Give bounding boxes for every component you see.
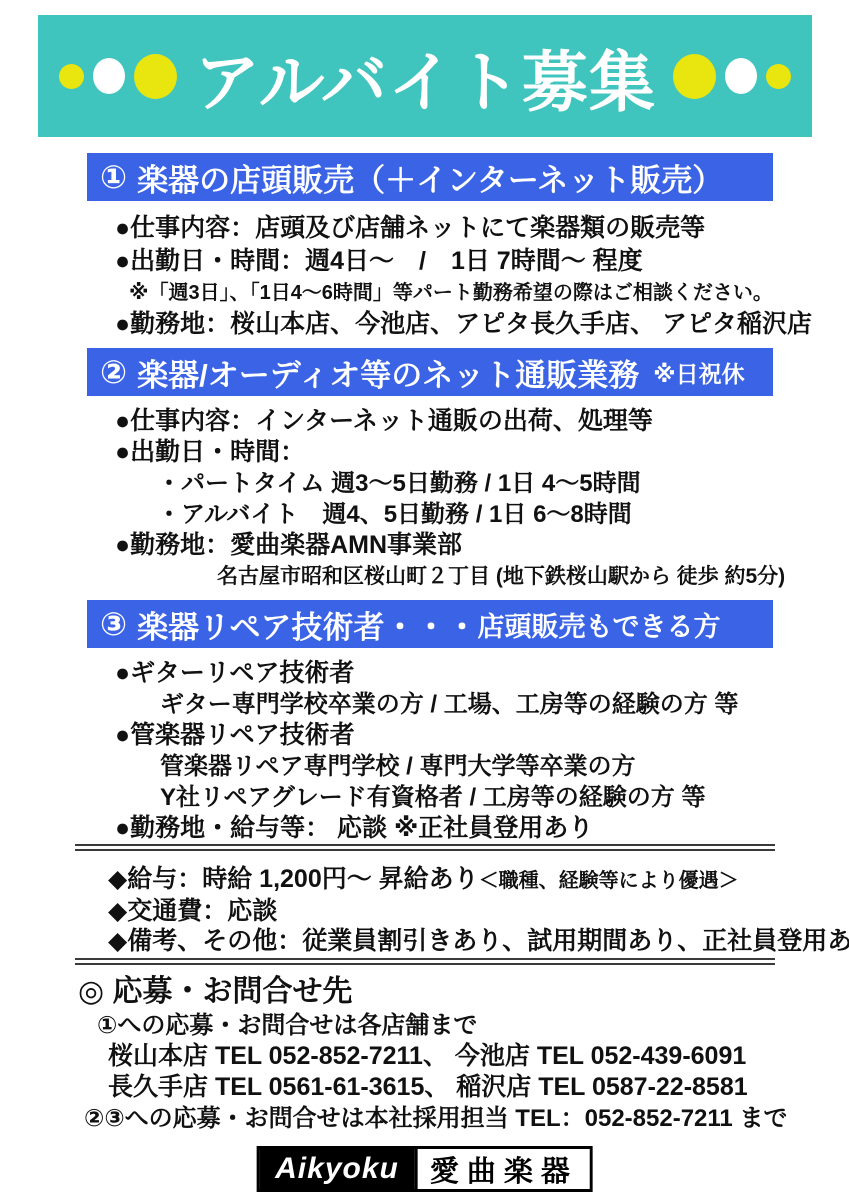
s3-guitar-repair-line: ●ギターリペア技術者 (115, 658, 775, 689)
contact-phone-line-1: 桜山本店 TEL 052-852-7211、 今池店 TEL 052-439-6… (78, 1041, 818, 1072)
section-1-title: 楽器の店頭販売（＋インターネット販売） (137, 155, 723, 200)
logo-kanji-text: 愛曲楽器 (415, 1149, 590, 1189)
s2-work-location-line: ●勤務地：愛曲楽器AMN事業部 (115, 530, 775, 561)
page-title: アルバイト募集 (194, 29, 656, 124)
s2-address-line: 名古屋市昭和区桜山町２丁目 (地下鉄桜山駅から 徒歩 約5分) (115, 561, 775, 592)
section-2-header: ② 楽器/オーディオ等のネット通販業務 ※日祝休 (87, 348, 773, 396)
transport-line: ◆交通費：応談 (108, 896, 788, 926)
section-3-body: ●ギターリペア技術者 ギター専門学校卒業の方 / 工場、工房等の経験の方 等 ●… (115, 658, 775, 844)
section-3-title: 楽器リペア技術者・・・ (137, 602, 477, 647)
contact-heading: ◎ 応募・お問合せ先 (78, 974, 818, 1010)
s2-arbeit-schedule-line: ・アルバイト 週4、5日勤務 / 1日 6～8時間 (115, 499, 775, 530)
section-3-number: ③ (100, 605, 127, 643)
banner-dot-left-small-icon (59, 64, 84, 89)
recruitment-flyer: アルバイト募集 ① 楽器の店頭販売（＋インターネット販売） ●仕事内容：店頭及び… (0, 0, 849, 1200)
banner-dot-left-mid-icon (93, 58, 125, 94)
section-3-suffix: 店頭販売もできる方 (477, 605, 720, 644)
section-1-body: ●仕事内容：店頭及び店舗ネットにて楽器類の販売等 ●出勤日・時間：週4日～ / … (115, 212, 775, 341)
section-2-number: ② (100, 353, 127, 391)
banner-dot-right-mid-icon (725, 58, 757, 94)
section-1-number: ① (100, 158, 127, 196)
contact-store-note-line: ①への応募・お問合せは各店舗まで (78, 1010, 818, 1041)
section-2-body: ●仕事内容：インターネット通販の出荷、処理等 ●出勤日・時間： ・パートタイム … (115, 406, 775, 592)
banner-dot-right-large-icon (673, 54, 716, 99)
logo-latin-text: Aikyoku (259, 1149, 415, 1189)
s2-job-content-line: ●仕事内容：インターネット通販の出荷、処理等 (115, 406, 775, 437)
s2-work-days-label-line: ●出勤日・時間： (115, 437, 775, 468)
divider-rule-top (75, 844, 775, 851)
contact-block: ◎ 応募・お問合せ先 ①への応募・お問合せは各店舗まで 桜山本店 TEL 052… (78, 974, 818, 1134)
s3-location-salary-line: ●勤務地・給与等： 応談 ※正社員登用あり (115, 813, 775, 844)
section-3-header: ③ 楽器リペア技術者・・・ 店頭販売もできる方 (87, 600, 773, 648)
s3-wind-qualification-line: 管楽器リペア専門学校 / 専門大学等卒業の方 (115, 751, 775, 782)
s2-parttime-schedule-line: ・パートタイム 週3～5日勤務 / 1日 4～5時間 (115, 468, 775, 499)
title-banner: アルバイト募集 (38, 15, 812, 137)
salary-line: ◆給与：時給 1,200円～ 昇給あり＜職種、経験等により優遇＞ (108, 864, 788, 896)
section-1-header: ① 楽器の店頭販売（＋インターネット販売） (87, 153, 773, 201)
s3-guitar-qualification-line: ギター専門学校卒業の方 / 工場、工房等の経験の方 等 (115, 689, 775, 720)
section-2-holiday-note: ※日祝休 (653, 356, 744, 389)
aikyoku-logo: Aikyoku 愛曲楽器 (256, 1146, 593, 1192)
banner-dot-left-large-icon (134, 54, 177, 99)
s1-parttime-note-line: ※「週3日」、「1日4～6時間」等パート勤務希望の際はご相談ください。 (115, 278, 775, 308)
s1-work-days-line: ●出勤日・時間：週4日～ / 1日 7時間～ 程度 (115, 245, 775, 278)
salary-note-text: ＜職種、経験等により優遇＞ (479, 870, 739, 892)
s1-work-location-line: ●勤務地：桜山本店、今池店、アピタ長久手店、 アピタ稲沢店 (115, 308, 775, 341)
contact-hq-line: ②③への応募・お問合せは本社採用担当 TEL：052-852-7211 まで (78, 1103, 818, 1134)
contact-phone-line-2: 長久手店 TEL 0561-61-3615、 稲沢店 TEL 0587-22-8… (78, 1072, 818, 1103)
salary-main-text: ◆給与：時給 1,200円～ 昇給あり (108, 865, 479, 893)
s3-ysha-qualification-line: Y社リペアグレード有資格者 / 工房等の経験の方 等 (115, 782, 775, 813)
section-2-title: 楽器/オーディオ等のネット通販業務 (137, 350, 639, 395)
s3-wind-repair-line: ●管楽器リペア技術者 (115, 720, 775, 751)
banner-dot-right-small-icon (766, 64, 791, 89)
conditions-block: ◆給与：時給 1,200円～ 昇給あり＜職種、経験等により優遇＞ ◆交通費：応談… (108, 864, 788, 956)
remarks-line: ◆備考、その他：従業員割引きあり、試用期間あり、正社員登用あり (108, 926, 788, 956)
divider-rule-bottom (75, 958, 775, 965)
s1-job-content-line: ●仕事内容：店頭及び店舗ネットにて楽器類の販売等 (115, 212, 775, 245)
